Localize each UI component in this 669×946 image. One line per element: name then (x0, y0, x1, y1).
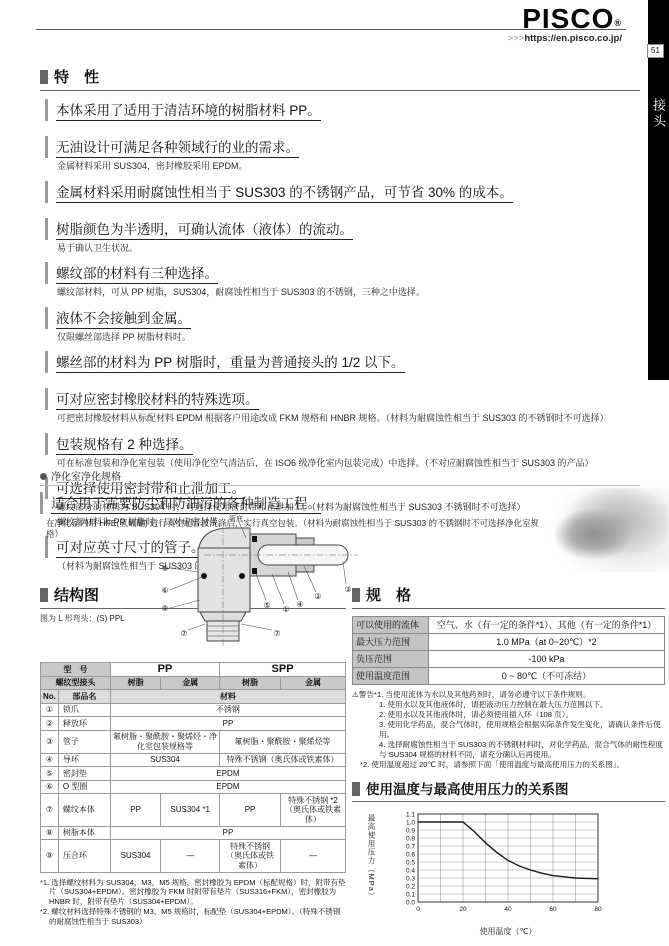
section-marker-icon (40, 70, 48, 84)
feature-item: 螺纹部的材料有三种选择。 螺纹部材料，可从 PP 树脂，SUS304，耐腐蚀性相… (45, 262, 640, 299)
table-row: 可以使用的流体空气、水（有一定的条件*1）、其他（有一定的条件*1） (353, 617, 665, 634)
materials-table: 型 号 PP SPP 螺纹型接头 树脂 金属 树脂 金属 No. 部品名 材料 … (40, 662, 346, 873)
table-row: ⑦螺纹本体PPSUS304 *1PP特殊不锈钢 *2（奥氏体或铁素体） (41, 794, 346, 827)
specs-section: 规 格 可以使用的流体空气、水（有一定的条件*1）、其他（有一定的条件*1） 最… (352, 584, 665, 770)
svg-text:20: 20 (459, 906, 467, 913)
table-row: 负压范围-100 kPa (353, 651, 665, 668)
col-header: 材料 (110, 690, 345, 704)
feature-heading: 无油设计可满足各种领域行的业的需求。 (56, 136, 299, 158)
callout-5: ⑤ (263, 601, 270, 610)
callout-6: ⑥ (161, 586, 168, 595)
warning-note: 4. 选择耐腐蚀性相当于 SUS303 的不锈钢材料时，对化学药品，混合气体的耐… (352, 740, 665, 760)
warning-note: *2. 使用温度超过 20℃ 时，请参照下面「使用温度与最高使用压力的关系图」。 (352, 760, 665, 770)
feature-item: 可对应密封橡胶材料的特殊选项。 可把密封橡胶材料从标配材料 EPDM 根据客户用… (45, 388, 640, 425)
col-group-pp: PP (110, 663, 219, 677)
table-row: ②释放环PP (41, 717, 346, 731)
col-header: 金属 (281, 676, 346, 690)
specs-table: 可以使用的流体空气、水（有一定的条件*1）、其他（有一定的条件*1） 最大压力范… (352, 616, 665, 685)
callout-7b: ⑦ (273, 629, 280, 638)
cleanroom-label: 净化室净化规格 (40, 468, 640, 486)
feature-heading: 树脂颜色为半透明，可确认流体（液体）的流动。 (56, 218, 353, 240)
url-text: https://en.pisco.co.jp/ (524, 33, 622, 44)
svg-text:1.0: 1.0 (406, 819, 415, 826)
product-photo (538, 488, 669, 572)
svg-text:0.1: 0.1 (406, 891, 415, 898)
feature-heading: 可对应密封橡胶材料的特殊选项。 (56, 388, 259, 410)
seal-mark (201, 573, 207, 579)
footnote: *2. 螺纹材料选择特殊不锈钢的 M3、M5 规格时，标配垫（SUS304+EP… (40, 907, 346, 926)
callout-2: ② (314, 592, 321, 601)
chart-ylabel: 最高使用压力（MPa） (366, 814, 377, 910)
chart-plot: 0.00.10.20.30.40.50.60.70.80.91.01.10204… (380, 810, 620, 922)
seal-mark (239, 573, 245, 579)
table-row: ⑧树脂本体PP (41, 826, 346, 840)
feature-item: 液体不会接触到金属。 仅限螺丝部选择 PP 树脂材料时。 (45, 307, 640, 344)
feature-note: 易于确认卫生状况。 (57, 243, 640, 255)
features-title: 特 性 (40, 66, 640, 91)
callout-9: ⑨ (161, 604, 168, 613)
feature-note: 仅限螺丝部选择 PP 树脂材料时。 (57, 332, 640, 344)
svg-text:80: 80 (594, 906, 602, 913)
table-row: ⑥O 型圈EPDM (41, 780, 346, 794)
feature-item: 包装规格有 2 种选择。 可在标准包装和净化室包装（使用净化空气清洁后，在 IS… (45, 433, 640, 470)
col-group-spp: SPP (220, 663, 346, 677)
o-ring-mark (252, 568, 257, 574)
registered-mark-icon: ® (614, 18, 622, 28)
feature-item: 本体采用了适用于清洁环境的树脂材料 PP。 (45, 99, 640, 121)
table-row: ⑨压合环SUS304—特殊不锈钢（奥氏体或铁素体）— (41, 840, 346, 873)
catalog-page: PISCO® >>>https://en.pisco.co.jp/ 51 接头 … (0, 0, 669, 946)
table-row: ③管子氟树脂・聚酰胺・聚烯烃・净化室包装规格等氟树脂・聚酰胺・聚烯烃等 (41, 730, 346, 753)
col-header: 螺纹型接头 (41, 676, 111, 690)
callout-8: ⑧ (161, 564, 168, 573)
chart-xlabel: 使用温度（℃） (418, 926, 598, 937)
logo-text: PISCO (522, 3, 614, 34)
feature-item: 螺丝部的材料为 PP 树脂时，重量为普通接头的 1/2 以下。 (45, 351, 640, 373)
tube-bottom-label: 管底 (229, 514, 243, 523)
feature-heading: 金属材料采用耐腐蚀性相当于 SUS303 的不锈钢产品，可节省 30% 的成本。 (56, 181, 513, 203)
feature-note: 螺纹部材料，可从 PP 树脂，SUS304，耐腐蚀性相当于 SUS303 的不锈… (57, 287, 640, 299)
callout-3: ③ (344, 585, 351, 594)
svg-text:0.0: 0.0 (406, 899, 415, 906)
footnote: *1. 选择螺纹材料为 SUS304，M3，M5 规格，密封橡胶为 EPDM（标… (40, 878, 346, 907)
col-header: 树脂 (220, 676, 281, 690)
warning-note: ⚠警告*1. 当使用流体为水以及其他药剂时，请务必遵守以下条件规则。 (352, 690, 665, 700)
specs-title: 规 格 (352, 584, 665, 609)
callout-7: ⑦ (180, 629, 187, 638)
feature-heading: 本体采用了适用于清洁环境的树脂材料 PP。 (56, 99, 321, 121)
svg-text:0.9: 0.9 (406, 827, 415, 834)
table-row: 最大压力范围1.0 MPa（at 0~20℃）*2 (353, 634, 665, 651)
table-row: 使用温度范围0 ~ 80℃（不可冻结） (353, 668, 665, 685)
pisco-logo: PISCO® (522, 3, 622, 35)
svg-text:0.7: 0.7 (406, 843, 415, 850)
feature-item: 树脂颜色为半透明，可确认流体（液体）的流动。 易于确认卫生状况。 (45, 218, 640, 255)
svg-text:0.6: 0.6 (406, 851, 415, 858)
col-header: 部品名 (58, 690, 110, 704)
warning-note: 1. 使用水以及其他液体时，请把液动压力控制在最大压力范围以下。 (352, 700, 665, 710)
svg-text:0.4: 0.4 (406, 867, 415, 874)
svg-text:60: 60 (549, 906, 557, 913)
chart-section: 使用温度与最高使用压力的关系图 最高使用压力（MPa） 0.00.10.20.3… (352, 778, 665, 946)
svg-text:40: 40 (504, 906, 512, 913)
page-number: 51 (647, 44, 664, 58)
col-header: No. (41, 690, 59, 704)
table-row: ⑤密封垫EPDM (41, 767, 346, 781)
feature-item: 无油设计可满足各种领域行的业的需求。 金属材料采用 SUS304，密封橡胶采用 … (45, 136, 640, 173)
feature-note: 可把密封橡胶材料从标配材料 EPDM 根据客户用途改成 FKM 规格和 HNBR… (57, 413, 640, 425)
chart-title: 使用温度与最高使用压力的关系图 (352, 778, 665, 802)
table-row: ④导环SUS304特殊不锈钢（奥氏体或铁素体） (41, 753, 346, 767)
elbow-stem-shape (198, 548, 250, 612)
side-tab-label: 接头 (649, 98, 668, 130)
side-index-tab: 51 接头 (648, 0, 669, 380)
svg-text:1.1: 1.1 (406, 811, 415, 818)
feature-note: 金属材料采用 SUS304，密封橡胶采用 EPDM。 (57, 161, 640, 173)
section-marker-icon (352, 782, 360, 796)
website-link[interactable]: >>>https://en.pisco.co.jp/ (508, 33, 622, 44)
svg-text:0.5: 0.5 (406, 859, 415, 866)
svg-text:0.3: 0.3 (406, 875, 415, 882)
col-header: 金属 (161, 676, 220, 690)
svg-text:0.2: 0.2 (406, 883, 415, 890)
svg-text:0: 0 (416, 906, 420, 913)
table-row: ①锁爪不锈钢 (41, 703, 346, 717)
pressure-temperature-chart: 最高使用压力（MPa） 0.00.10.20.30.40.50.60.70.80… (352, 810, 665, 946)
url-arrows: >>> (508, 33, 525, 44)
feature-heading: 液体不会接触到金属。 (56, 307, 191, 329)
section-marker-icon (40, 588, 48, 602)
feature-heading: 包装规格有 2 种选择。 (56, 433, 193, 455)
col-header: 型 号 (41, 663, 111, 677)
structure-footnotes: *1. 选择螺纹材料为 SUS304，M3，M5 规格，密封橡胶为 EPDM（标… (40, 878, 346, 927)
svg-text:0.8: 0.8 (406, 835, 415, 842)
bullet-icon (40, 473, 47, 480)
feature-item: 金属材料采用耐腐蚀性相当于 SUS303 的不锈钢产品，可节省 30% 的成本。 (45, 181, 640, 203)
callout-1: ① (282, 605, 289, 614)
feature-heading: 螺丝部的材料为 PP 树脂时，重量为普通接头的 1/2 以下。 (56, 351, 405, 373)
col-header: 树脂 (110, 676, 160, 690)
specs-warning-notes: ⚠警告*1. 当使用流体为水以及其他药剂时，请务必遵守以下条件规则。 1. 使用… (352, 690, 665, 770)
o-ring-mark (252, 536, 257, 542)
callout-4: ④ (296, 600, 303, 609)
feature-heading: 螺纹部的材料有三种选择。 (56, 262, 218, 284)
warning-note: 2. 使用水以及其他液体时，请必须使用插入环（108 页）。 (352, 710, 665, 720)
elbow-cross-section-diagram: 管底 ⑧ ⑥ ⑨ ⑦ ⑦ ⑤ ① ④ ② ③ (146, 512, 361, 648)
warning-note: 3. 使用化学药品，混合气体时，使用规格会根据实际条件发生变化，请确认条件后使用… (352, 720, 665, 740)
